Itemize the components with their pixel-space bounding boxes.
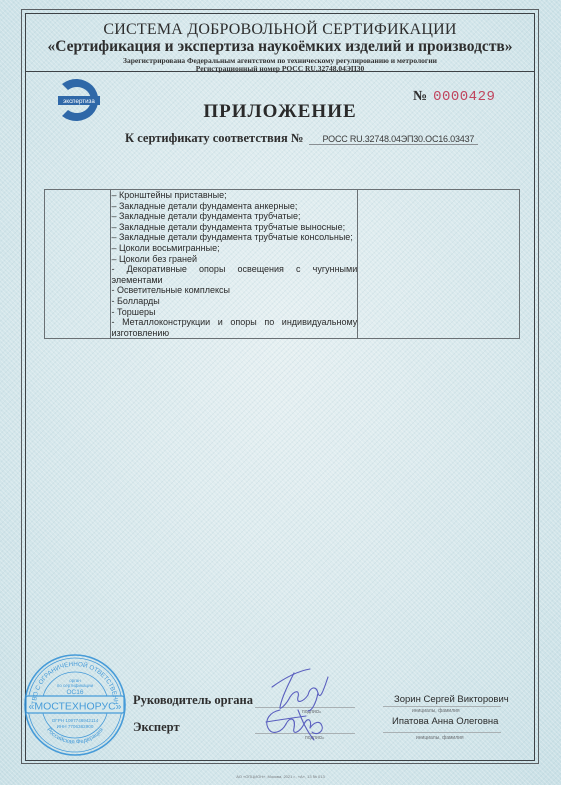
certificate-ref-value: РОСС RU.32748.04ЭП30.ОС16.03437 (309, 134, 479, 145)
page-title: ПРИЛОЖЕНИЕ (25, 101, 535, 123)
table-cell-left (45, 190, 111, 339)
head-name-line (383, 706, 501, 707)
list-item: – Закладные детали фундамента трубчатые; (111, 211, 357, 222)
registration-number: Регистрационный номер РОСС RU.32748.04ЭП… (25, 64, 535, 73)
svg-text:ИНН 7706362900: ИНН 7706362900 (57, 724, 94, 729)
svg-text:Российская Федерация: Российская Федерация (45, 727, 105, 746)
products-table: – Кронштейны приставные; – Закладные дет… (44, 189, 520, 339)
expert-name-caption: инициалы, фамилия (416, 735, 464, 741)
list-item: – Цоколи восьмигранные; (111, 243, 357, 254)
round-stamp-icon: ОБЩЕСТВО С ОГРАНИЧЕННОЙ ОТВЕТСТВЕННОСТЬЮ… (22, 652, 128, 758)
list-item: - Осветительные комплексы (111, 285, 357, 296)
head-name-caption: инициалы, фамилия (412, 708, 460, 714)
svg-text:по сертификации: по сертификации (57, 683, 94, 688)
inner-frame (25, 13, 535, 761)
expert-name: Ипатова Анна Олеговна (392, 716, 498, 727)
list-item: – Закладные детали фундамента трубчатые … (111, 232, 357, 243)
table-row: – Кронштейны приставные; – Закладные дет… (45, 190, 520, 339)
system-name: «Сертификация и экспертиза наукоёмких из… (25, 38, 535, 56)
expert-label: Эксперт (133, 720, 180, 735)
list-item: - Декоративные опоры освещения с чугунны… (111, 264, 357, 275)
list-item: элементами (111, 275, 357, 286)
list-item: - Металлоконструкции и опоры по индивиду… (111, 317, 357, 328)
print-info: АО «ОПЦИОН», Москва, 2021 г., «А», 13 № … (0, 774, 561, 779)
expert-signature-icon (262, 706, 330, 742)
list-item: – Закладные детали фундамента анкерные; (111, 201, 357, 212)
head-label: Руководитель органа (133, 693, 253, 708)
list-item: – Закладные детали фундамента трубчатые … (111, 222, 357, 233)
svg-text:ОГРН 1097746942114: ОГРН 1097746942114 (52, 718, 99, 723)
list-item: - Болларды (111, 296, 357, 307)
list-item: – Кронштейны приставные; (111, 190, 357, 201)
table-cell-right (358, 190, 520, 339)
system-title: СИСТЕМА ДОБРОВОЛЬНОЙ СЕРТИФИКАЦИИ (25, 21, 535, 39)
expert-name-line (383, 732, 501, 733)
certificate-ref-label: К сертификату соответствия № (125, 131, 303, 145)
list-item: – Цоколи без граней (111, 254, 357, 265)
svg-text:«МОСТЕХНОРУС»: «МОСТЕХНОРУС» (28, 701, 121, 713)
list-item: изготовлению (111, 328, 357, 339)
certificate-reference: К сертификату соответствия № РОСС RU.327… (125, 131, 478, 146)
head-name: Зорин Сергей Викторович (394, 694, 509, 705)
svg-text:ОС16: ОС16 (67, 689, 84, 696)
table-cell-items: – Кронштейны приставные; – Закладные дет… (111, 190, 358, 339)
list-item: - Торшеры (111, 307, 357, 318)
